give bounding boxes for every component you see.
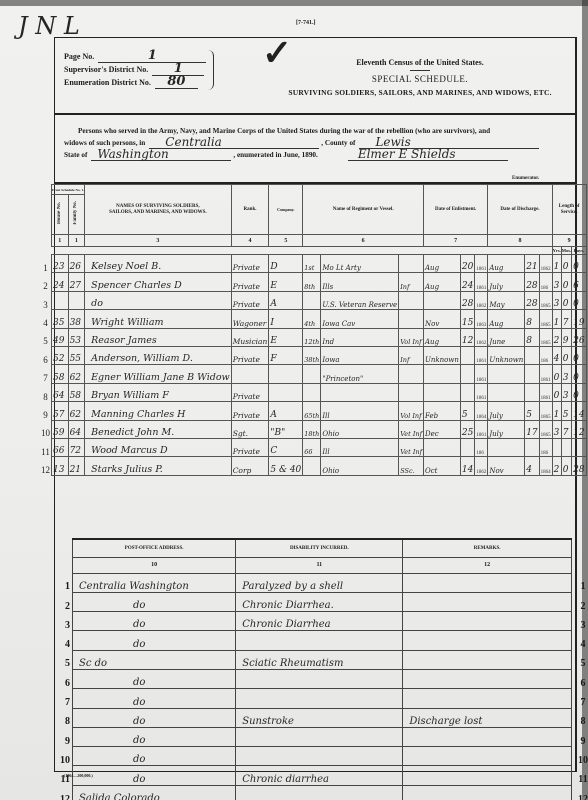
mos-header: Mos. [561,247,571,255]
enlistment-month-cell [424,383,461,401]
family-no-cell: 53 [68,328,85,346]
company-cell [269,365,303,383]
line-marker: 5 [40,328,52,346]
scan-edge-top [0,0,588,6]
left-line-number: 7 [54,689,73,708]
address-cell: do [73,747,236,766]
address-row: 5Sc doSciatic Rheumatism5 [54,650,588,669]
house-no-cell: 49 [52,328,69,346]
disability-cell: Chronic diarrhea [236,766,403,785]
discharge-year-cell: 1865 [539,420,552,438]
right-line-number: 10 [571,747,588,766]
right-line-number: 6 [571,669,588,688]
family-no-cell: 72 [68,438,85,456]
intro-text: Persons who served in the Army, Navy, an… [64,125,490,137]
disability-cell [236,785,403,800]
soldier-name-cell: Spencer Charles D [85,273,232,291]
address-cell: Sc do [73,650,236,669]
soldiers-table-body: 12326Kelsey Noel B.PrivateD1stMo Lt Arty… [40,255,588,476]
family-no-cell: 27 [68,273,85,291]
enlistment-month-cell: Unknown [424,346,461,364]
discharge-year-cell: 1865 [539,291,552,309]
service-days-cell: 19 [572,310,586,328]
regiment-number-cell [303,291,321,309]
house-no-cell: 57 [52,402,69,420]
address-cell: Centralia Washington [73,573,236,592]
disability-cell [236,747,403,766]
company-header: Company. [269,185,303,235]
regiment-number-cell: 4th [303,310,321,328]
regiment-name-cell [321,383,399,401]
remarks-cell: Discharge lost [403,708,572,727]
colnum-7: 7 [424,235,488,247]
names-header: NAMES OF SURVIVING SOLDIERS, SAILORS, AN… [85,185,232,235]
left-line-number: 4 [54,631,73,650]
soldier-row: 121321Starks Julius P.Corp5 & 40OhioSSc.… [40,457,588,475]
enlistment-day-cell [460,383,474,401]
discharge-month-cell [488,365,525,383]
company-cell: E [269,273,303,291]
company-cell: C [269,438,303,456]
remarks-header: REMARKS. [403,539,572,557]
disability-cell: Sunstroke [236,708,403,727]
discharge-month-cell: July [488,402,525,420]
colnum-3: 3 [85,235,232,247]
disability-cell [236,689,403,708]
length-header: Length of Service. [552,185,586,235]
regiment-header: Name of Regiment or Vessel. [303,185,424,235]
line-marker: 11 [40,438,52,456]
service-years-cell: 2 [552,328,561,346]
colnum-10: 10 [73,557,236,573]
rank-cell: Private [231,346,269,364]
service-years-cell [552,438,561,456]
left-line-number: 2 [54,592,73,611]
enlistment-year-cell: 1862 [475,328,488,346]
discharge-month-cell [488,383,525,401]
colnum-2: 1 [68,235,85,247]
soldier-name-cell: do [85,291,232,309]
regiment-number-cell: 38th [303,346,321,364]
line-marker: 8 [40,383,52,401]
state-label: State of [64,149,87,161]
colnum-1: 1 [52,235,69,247]
soldier-row: 75862Egner William Jane B Widow"Princeto… [40,365,588,383]
lower-column-number-row: 10 11 12 [54,557,588,573]
schedule-subtitle: SURVIVING SOLDIERS, SAILORS, AND MARINES… [270,88,570,97]
colnum-8: 8 [488,235,552,247]
colnum-11: 11 [236,557,403,573]
enumerator-signature: Elmer E Shields [348,149,508,161]
discharge-year-cell: 186 [539,438,552,456]
discharge-day-cell [525,365,539,383]
remarks-cell [403,747,572,766]
remarks-cell [403,650,572,669]
enlistment-month-cell: Aug [424,328,461,346]
discharge-day-cell: 17 [525,420,539,438]
intro-line-3: State of Washington , enumerated in June… [64,149,572,161]
address-row: 7do7 [54,689,588,708]
discharge-year-cell: 1864 [539,457,552,475]
rank-cell: Private [231,255,269,273]
address-cell: do [73,592,236,611]
discharge-day-cell [525,346,539,364]
left-line-number: 3 [54,612,73,631]
line-marker: 12 [40,457,52,475]
enlistment-month-cell: Oct [424,457,461,475]
remarks-cell [403,785,572,800]
rank-cell: Private [231,383,269,401]
enlistment-day-cell: 28 [460,291,474,309]
service-months-cell: 0 [561,346,571,364]
regiment-type-cell: Vet Inf [399,438,424,456]
family-no-cell: 64 [68,420,85,438]
regiment-type-cell: Inf [399,273,424,291]
service-months-cell: 0 [561,291,571,309]
left-line-number: 10 [54,747,73,766]
enlistment-day-cell: 20 [460,255,474,273]
soldier-name-cell: Egner William Jane B Widow [85,365,232,383]
place-value: Centralia [149,137,319,149]
company-cell: I [269,310,303,328]
soldiers-table: From Schedule No. 1. NAMES OF SURVIVING … [40,184,588,476]
service-months-cell: 7 [561,420,571,438]
service-years-cell: 0 [552,383,561,401]
rank-cell: Wagoner [231,310,269,328]
enlistment-day-cell [460,365,474,383]
handwritten-initials: J N L [18,12,80,40]
intro-line-1: Persons who served in the Army, Navy, an… [64,125,572,137]
enlistment-year-cell: 1861 [475,346,488,364]
rank-header: Rank. [231,185,269,235]
service-years-cell: 1 [552,402,561,420]
company-cell: E [269,328,303,346]
enlistment-month-cell: Feb [424,402,461,420]
enlistment-year-cell: 1863 [475,310,488,328]
address-cell: do [73,727,236,746]
regiment-type-cell [399,383,424,401]
discharge-year-cell: 1865 [539,402,552,420]
right-line-number: 12 [571,785,588,800]
enlistment-year-cell: 1861 [475,383,488,401]
enlistment-day-cell: 24 [460,273,474,291]
rank-cell: Private [231,273,269,291]
enlistment-year-cell: 1864 [475,402,488,420]
service-months-cell: 3 [561,365,571,383]
right-line-number: 2 [571,592,588,611]
discharge-day-cell: 5 [525,402,539,420]
soldier-row: 65255Anderson, William D.PrivateF38thIow… [40,346,588,364]
service-days-cell: 0 [572,291,586,309]
regiment-type-cell: Inf [399,346,424,364]
soldier-row: 22427Spencer Charles DPrivateE8thIllsInf… [40,273,588,291]
regiment-type-cell [399,255,424,273]
house-no-cell: 52 [52,346,69,364]
colnum-5: 5 [269,235,303,247]
discharge-year-cell: 1865 [539,328,552,346]
address-row: 3doChronic Diarrhea3 [54,612,588,631]
enlistment-year-cell: 186 [475,438,488,456]
family-no-cell: 21 [68,457,85,475]
service-months-cell [561,438,571,456]
regiment-name-cell: Ind [321,328,399,346]
service-months-cell: 7 [561,310,571,328]
colnum-6: 6 [303,235,424,247]
right-line-number: 9 [571,727,588,746]
family-no-cell: 55 [68,346,85,364]
rank-cell: Private [231,291,269,309]
page-no-label: Page No. [64,50,94,63]
house-no-cell: 24 [52,273,69,291]
enlistment-month-cell: Aug [424,273,461,291]
enlistment-year-cell: 1862 [475,457,488,475]
address-cell: do [73,612,236,631]
service-months-cell: 5 [561,402,571,420]
regiment-number-cell [303,457,321,475]
soldier-name-cell: Wood Marcus D [85,438,232,456]
house-no-cell: 64 [52,383,69,401]
address-cell: do [73,766,236,785]
service-days-cell: 0 [572,346,586,364]
right-line-number: 7 [571,689,588,708]
address-row: 11doChronic diarrhea11 [54,766,588,785]
service-days-cell: 6 [572,273,586,291]
house-no-header: House No. [52,195,69,235]
address-cell: do [73,708,236,727]
line-marker: 1 [40,255,52,273]
left-line-number: 12 [54,785,73,800]
remarks-cell [403,689,572,708]
service-days-cell: 12 [572,420,586,438]
census-title: Eleventh Census of the United States. [270,58,570,67]
address-row: 4do4 [54,631,588,650]
regiment-number-cell: 66 [303,438,321,456]
print-code: (1964—200,000.) [64,773,93,778]
soldier-row: 54953Reasor JamesMusicianE12thIndVol Inf… [40,328,588,346]
enlistment-day-cell: 25 [460,420,474,438]
house-no-cell: 66 [52,438,69,456]
header-row-top: From Schedule No. 1. NAMES OF SURVIVING … [40,185,588,195]
address-row: 10do10 [54,747,588,766]
family-no-cell: 26 [68,255,85,273]
service-days-cell: 0 [572,365,586,383]
service-months-cell: 0 [561,255,571,273]
house-no-cell: 59 [52,420,69,438]
rank-cell: Private [231,402,269,420]
enlistment-month-cell: Dec [424,420,461,438]
line-marker: 10 [40,420,52,438]
enlistment-month-cell: Nov [424,310,461,328]
rank-cell [231,365,269,383]
family-no-cell: 58 [68,383,85,401]
yrs-header: Yrs. [552,247,561,255]
regiment-name-cell: Ill [321,438,399,456]
right-line-number: 1 [571,573,588,592]
service-months-cell: 0 [561,457,571,475]
service-years-cell: 3 [552,420,561,438]
address-cell: do [73,669,236,688]
house-no-cell [52,291,69,309]
discharge-month-cell: July [488,273,525,291]
regiment-name-cell: Iowa Cav [321,310,399,328]
address-row: 12Salida Colorado12 [54,785,588,800]
regiment-type-cell: Vet Inf [399,420,424,438]
remarks-cell [403,573,572,592]
title-block: Eleventh Census of the United States. SP… [270,58,570,97]
disability-header: DISABILITY INCURRED. [236,539,403,557]
service-years-cell: 3 [552,273,561,291]
soldier-row: 12326Kelsey Noel B.PrivateD1stMo Lt Arty… [40,255,588,273]
regiment-name-cell: Mo Lt Arty [321,255,399,273]
right-line-number: 8 [571,708,588,727]
soldier-row: 86458Bryan William FPrivate186118610308 [40,383,588,401]
discharge-month-cell: Unknown [488,346,525,364]
discharge-day-cell: 28 [525,291,539,309]
discharge-day-cell: 28 [525,273,539,291]
remarks-cell [403,669,572,688]
regiment-type-cell [399,365,424,383]
company-cell: "B" [269,420,303,438]
days-header: Days. [572,247,586,255]
discharge-month-cell: Aug [488,310,525,328]
service-days-cell: 28 [572,457,586,475]
family-no-cell: 62 [68,402,85,420]
enumeration-district-field: Enumeration District No. 80 [64,76,206,89]
soldier-row: 43538Wright WilliamWagonerI4thIowa CavNo… [40,310,588,328]
right-line-number: 5 [571,650,588,669]
regiment-type-cell [399,291,424,309]
enumeration-district-value: 80 [155,76,198,89]
regiment-type-cell: Vol Inf [399,402,424,420]
house-no-cell: 58 [52,365,69,383]
left-line-number: 1 [54,573,73,592]
company-cell: A [269,402,303,420]
regiment-number-cell [303,365,321,383]
form-code: [7-741.] [296,20,316,26]
address-disability-body: 1Centralia WashingtonParalyzed by a shel… [54,573,588,800]
discharge-month-cell: June [488,328,525,346]
disability-cell: Chronic Diarrhea. [236,592,403,611]
service-subheader-row: Yrs. Mos. Days. [40,247,588,255]
service-years-cell: 1 [552,255,561,273]
enumerator-label: Enumerator. [512,176,539,181]
disability-cell: Chronic Diarrhea [236,612,403,631]
soldier-name-cell: Bryan William F [85,383,232,401]
left-line-number: 5 [54,650,73,669]
soldier-row: 116672Wood Marcus DPrivateC66IllVet Inf1… [40,438,588,456]
discharge-year-cell: 1865 [539,310,552,328]
regiment-name-cell: Ohio [321,457,399,475]
regiment-number-cell [303,383,321,401]
state-value: Washington [91,149,231,161]
rank-cell: Sgt. [231,420,269,438]
service-years-cell: 3 [552,291,561,309]
service-days-cell: 0 [572,383,586,401]
address-row: 2doChronic Diarrhea.2 [54,592,588,611]
regiment-number-cell: 12th [303,328,321,346]
soldier-name-cell: Benedict John M. [85,420,232,438]
discharge-day-cell [525,383,539,401]
rank-cell: Private [231,438,269,456]
address-row: 1Centralia WashingtonParalyzed by a shel… [54,573,588,592]
line-marker: 3 [40,291,52,309]
census-schedule-page: J N L [7-741.] ✓ Page No. 1 Supervisor's… [0,0,588,800]
enlistment-day-cell: 15 [460,310,474,328]
address-row: 8doSunstrokeDischarge lost8 [54,708,588,727]
discharge-year-cell: 1861 [539,383,552,401]
regiment-number-cell: 8th [303,273,321,291]
soldier-row: 95762Manning Charles HPrivateA65thIllVol… [40,402,588,420]
page-no-field: Page No. 1 [64,50,206,63]
address-header: POST-OFFICE ADDRESS. [73,539,236,557]
remarks-cell [403,631,572,650]
enumerated-label: , enumerated in June, 1890. [233,149,317,161]
remarks-cell [403,592,572,611]
enlistment-month-cell: Aug [424,255,461,273]
left-line-number: 6 [54,669,73,688]
column-number-row: 1 1 3 4 5 6 7 8 9 [40,235,588,247]
regiment-number-cell: 18th [303,420,321,438]
title-rule [410,70,430,71]
disability-cell [236,631,403,650]
discharge-month-cell: May [488,291,525,309]
address-row: 6do6 [54,669,588,688]
company-cell [269,383,303,401]
enlistment-day-cell: 14 [460,457,474,475]
service-years-cell: 0 [552,365,561,383]
enlistment-month-cell [424,291,461,309]
family-no-header: Family No. [68,195,85,235]
colnum-4: 4 [231,235,269,247]
rank-cell: Musician [231,328,269,346]
intro-statement: Persons who served in the Army, Navy, an… [64,125,572,161]
brace-divider [208,50,214,90]
discharge-day-cell: 4 [525,457,539,475]
county-label: , County of [321,137,355,149]
service-days-cell [572,438,586,456]
colnum-12: 12 [403,557,572,573]
discharge-month-cell: Nov [488,457,525,475]
enlistment-header: Date of Enlistment. [424,185,488,235]
remarks-cell [403,727,572,746]
soldier-name-cell: Starks Julius P. [85,457,232,475]
page-no-value: 1 [98,50,206,63]
address-cell: do [73,631,236,650]
regiment-number-cell: 65th [303,402,321,420]
rank-cell: Corp [231,457,269,475]
soldier-row: 105964Benedict John M.Sgt."B"18thOhioVet… [40,420,588,438]
enlistment-year-cell: 1861 [475,365,488,383]
enlistment-day-cell [460,346,474,364]
schedule-title: SPECIAL SCHEDULE. [270,74,570,84]
regiment-name-cell: Iowa [321,346,399,364]
line-marker: 7 [40,365,52,383]
house-no-cell: 35 [52,310,69,328]
disability-cell [236,669,403,688]
enlistment-year-cell: 1861 [475,420,488,438]
enlistment-year-cell: 1861 [475,255,488,273]
discharge-year-cell: 1862 [539,255,552,273]
enlistment-year-cell: 1861 [475,273,488,291]
address-cell: Salida Colorado [73,785,236,800]
discharge-day-cell: 8 [525,328,539,346]
service-years-cell: 2 [552,457,561,475]
enlistment-month-cell [424,438,461,456]
discharge-day-cell: 21 [525,255,539,273]
enlistment-day-cell: 5 [460,402,474,420]
discharge-year-cell: 186 [539,273,552,291]
line-marker: 9 [40,402,52,420]
